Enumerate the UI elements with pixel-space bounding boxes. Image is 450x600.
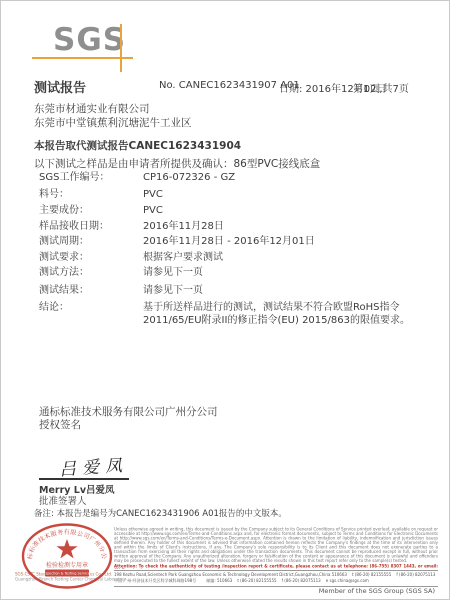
field-row-test-period: 测试周期： 2016年11月28日 - 2016年12月01日 [39, 236, 424, 248]
field-label: 样品接收日期： [39, 221, 143, 233]
logo-crosshair-horizontal [32, 57, 133, 59]
issuer-company: 通标标准技术服务有限公司广州分公司 [39, 406, 218, 419]
applicant-address: 东莞市中堂镇蕉利沉塘泥牛工业区 [34, 116, 192, 130]
issuer-block: 通标标准技术服务有限公司广州分公司 授权签名 [39, 406, 218, 432]
stamp-ribbon-text: Inspection & Testing Services [42, 572, 92, 576]
field-value: 根据客户要求测试 [143, 252, 424, 264]
company-stamp: 通标标准技术服务有限公司广州分公司 检验检测专用章 Inspection & T… [19, 522, 115, 596]
field-label: 主要成份： [39, 205, 143, 217]
page-indicator: 第1页,共7页 [353, 80, 409, 95]
field-row-conclusion: 结论： 基于所送样品进行的测试，测试结果不符合欧盟RoHS指令2011/65/E… [39, 302, 424, 327]
field-value: 2016年11月28日 [143, 221, 424, 233]
stamp-graphic: 通标标准技术服务有限公司广州分公司 检验检测专用章 Inspection & T… [19, 522, 115, 592]
replacement-notice: 本报告取代测试报告CANEC1623431904 [34, 138, 241, 153]
field-label: 测试方法： [39, 267, 143, 279]
disclaimer-text: Unless otherwise agreed in writing, this… [114, 527, 438, 563]
signature-underline [39, 478, 129, 480]
report-page: SGS 测试报告 No. CANEC1623431907 A01 日期: 201… [0, 0, 450, 600]
remark-line: 备注: 本报告是编号为CANEC1623431906 A01报告的中文版本。 [34, 507, 287, 519]
field-value: 2016年11月28日 - 2016年12月01日 [143, 236, 424, 248]
field-row-test-result: 测试结果： 请参见下一页 [39, 285, 424, 297]
field-value: 基于所送样品进行的测试，测试结果不符合欧盟RoHS指令2011/65/EU附录I… [143, 302, 424, 327]
stamp-center-label: 检验检测专用章 [46, 561, 88, 569]
field-label: 测试要求： [39, 252, 143, 264]
applicant-name: 东莞市材通实业有限公司 [34, 102, 192, 116]
report-fields: SGS工作编号： CP16-072326 - GZ 料号： PVC 主要成份： … [39, 172, 424, 330]
field-row-test-method: 测试方法： 请参见下一页 [39, 267, 424, 279]
field-row-receive-date: 样品接收日期： 2016年11月28日 [39, 221, 424, 233]
report-title: 测试报告 [34, 77, 86, 96]
field-label: 测试结果： [39, 285, 143, 297]
field-row-part-number: 料号： PVC [39, 189, 424, 201]
footer-address-bar: 198 Kezhu Road,Scientech Park Guangzhou … [114, 570, 438, 587]
stamp-star-icon [56, 539, 77, 558]
field-label: 料号： [39, 189, 143, 201]
field-value: CP16-072326 - GZ [143, 172, 424, 184]
report-header: 测试报告 No. CANEC1623431907 A01 日期: 2016年12… [1, 77, 449, 93]
field-value: PVC [143, 205, 424, 217]
sample-statement: 以下测试之样品是由申请者所提供及确认：86型PVC接线底盒 [34, 156, 320, 171]
handwritten-signature: 吕爱凤 [58, 451, 129, 481]
authorized-signature-label: 授权签名 [39, 419, 218, 432]
field-label: 测试周期： [39, 236, 143, 248]
disclaimer-block: Unless otherwise agreed in writing, this… [114, 527, 438, 569]
field-value: 请参见下一页 [143, 267, 424, 279]
field-row-test-request: 测试要求： 根据客户要求测试 [39, 252, 424, 264]
field-value: PVC [143, 189, 424, 201]
field-label: 结论： [39, 302, 143, 314]
field-row-job-number: SGS工作编号： CP16-072326 - GZ [39, 172, 424, 184]
applicant-block: 东莞市材通实业有限公司 东莞市中堂镇蕉利沉塘泥牛工业区 [34, 102, 192, 130]
attention-text: Attention: To check the authenticity of … [114, 564, 438, 569]
field-row-composition: 主要成份： PVC [39, 205, 424, 217]
field-label: SGS工作编号： [39, 172, 143, 184]
footer-address-cn: 中国·广州·经济技术开发区科学城科珠路198号 邮编: 510663 t (86… [114, 578, 438, 584]
field-value: 请参见下一页 [143, 285, 424, 297]
signer-title: 批准签署人 [39, 493, 87, 507]
sgs-logo: SGS [53, 25, 126, 56]
sgs-member-line: Member of the SGS Group (SGS SA) [319, 587, 435, 595]
logo-crosshair-vertical [120, 24, 122, 72]
